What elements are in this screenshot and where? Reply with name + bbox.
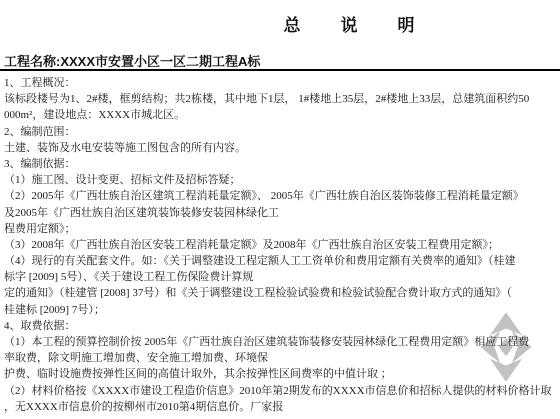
doc-line-heading-overview: 1、工程概况： <box>4 75 558 91</box>
doc-line: （2）2005年《广西壮族自治区建筑工程消耗量定额》、 2005年《广西壮族自治… <box>4 188 558 204</box>
doc-line: （3）2008年《广西壮族自治区安装工程消耗量定额》及2008年《广西壮族自治区… <box>4 237 558 253</box>
doc-line: 程费用定额》； <box>4 221 558 237</box>
doc-line: 护费、临时设施费按弹性区间的高值计取外，其余按弹性区间费率的中值计取 ； <box>4 366 558 382</box>
doc-line-heading-scope: 2、编制范围： <box>4 124 558 140</box>
doc-line: （1）本工程的预算控制价按 2005年《广西壮族自治区建筑装饰装修安装园林绿化工… <box>4 334 558 350</box>
doc-line: 土建、装饰及水电安装等施工图包含的所有内容。 <box>4 140 558 156</box>
doc-line-heading-basis: 3、编制依据： <box>4 156 558 172</box>
page-title: 总 说 明 <box>140 11 560 36</box>
doc-line: 率取费，除文明施工增加费、安全施工增加费、环境保 <box>4 350 558 366</box>
doc-line: 及2005年《广西壮族自治区建筑装饰装修安装园林绿化工 <box>4 205 558 221</box>
doc-line: （1）施工图、设计变更、招标文件及招标答疑； <box>4 172 558 188</box>
doc-line: （4）现行的有关配套文件。如：《关于调整建设工程定额人工工资单价和费用定额有关费… <box>4 253 558 269</box>
project-name-line: 工程名称:XXXX市安置小区一区二期工程A标 <box>0 54 560 71</box>
doc-line: 标字 [2009] 5号）、《关于建设工程工伤保险费计算规 <box>4 269 558 285</box>
document-body: 1、工程概况： 该标段楼号为1、2#楼，框剪结构；共2栋楼，其中地下1层， 1#… <box>4 75 558 415</box>
doc-line: （2）材料价格按《XXXX市建设工程造价信息》2010年第2期发布的XXXX市信… <box>4 383 558 399</box>
doc-line: 定的通知》（桂建管 [2008] 37号）和《关于调整建设工程检验试验费和检验试… <box>4 285 558 301</box>
doc-line-heading-fees: 4、取费依据： <box>4 318 558 334</box>
doc-line: 000m²，建设地点：XXXX市城北区。 <box>4 107 558 123</box>
document-page: 总 说 明 工程名称:XXXX市安置小区一区二期工程A标 1、工程概况： 该标段… <box>0 0 560 419</box>
doc-line: 桂建标 [2009] 7号）； <box>4 302 558 318</box>
doc-line: ，无XXXX市信息价的按柳州市2010第4期信息价。厂家报 <box>4 399 558 415</box>
project-name-text: 工程名称:XXXX市安置小区一区二期工程A标 <box>4 54 260 69</box>
doc-line: 该标段楼号为1、2#楼，框剪结构；共2栋楼，其中地下1层， 1#楼地上35层，2… <box>4 91 558 107</box>
